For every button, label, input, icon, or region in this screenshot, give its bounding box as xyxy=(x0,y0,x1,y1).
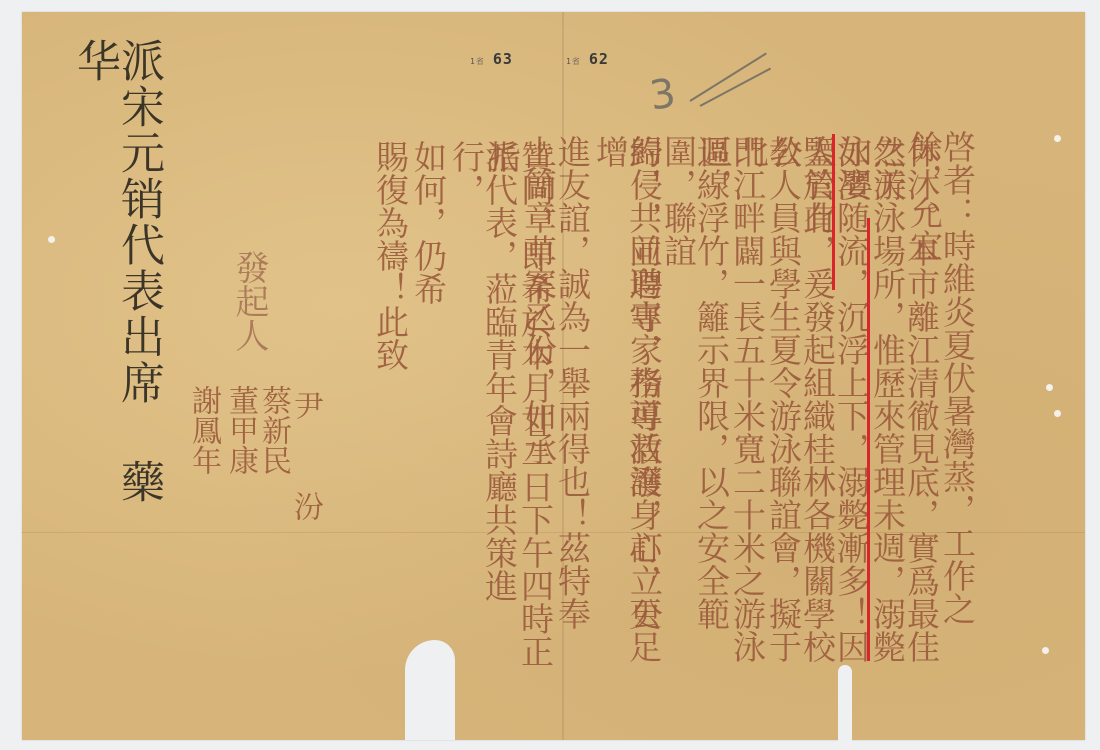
body-column: 週線浮竹，籬示界限，以之安全範圍，聯誼 xyxy=(662,135,728,665)
signature-name: 謝鳳年 xyxy=(188,385,218,535)
punch-hole xyxy=(48,236,55,243)
body-column: 如何，仍希 xyxy=(412,140,445,440)
heading-column: 派宋元销代表出席 藥华 xyxy=(72,38,160,538)
signature-label: 發起人 xyxy=(232,250,266,400)
body-column: 賜復為禱！此致 xyxy=(374,140,407,440)
body-column: 派代表，蒞臨青年會詩廳共策進行， xyxy=(450,140,516,660)
red-annotation-line xyxy=(832,134,835,290)
punch-hole xyxy=(1054,135,1061,142)
body-column: 進友誼，誠為一舉兩得也！茲特奉 xyxy=(556,135,589,665)
signature-name: 尹 汾 xyxy=(290,390,320,540)
page-number-stamp: 1省62 xyxy=(566,50,609,68)
paper-tear-bottom xyxy=(405,640,455,740)
paper-tear-bottom-small xyxy=(838,665,852,745)
red-annotation-line xyxy=(867,218,870,661)
punch-hole xyxy=(1046,384,1053,391)
signature-name: 董甲康 xyxy=(225,385,255,535)
body-column: 約，共同遵守，務可活潑身心，更足增 xyxy=(594,135,660,665)
punch-hole xyxy=(1042,647,1049,654)
signature-name: 蔡新民 xyxy=(258,385,288,535)
punch-hole xyxy=(1054,410,1061,417)
page-number-stamp: 1省63 xyxy=(470,50,513,68)
